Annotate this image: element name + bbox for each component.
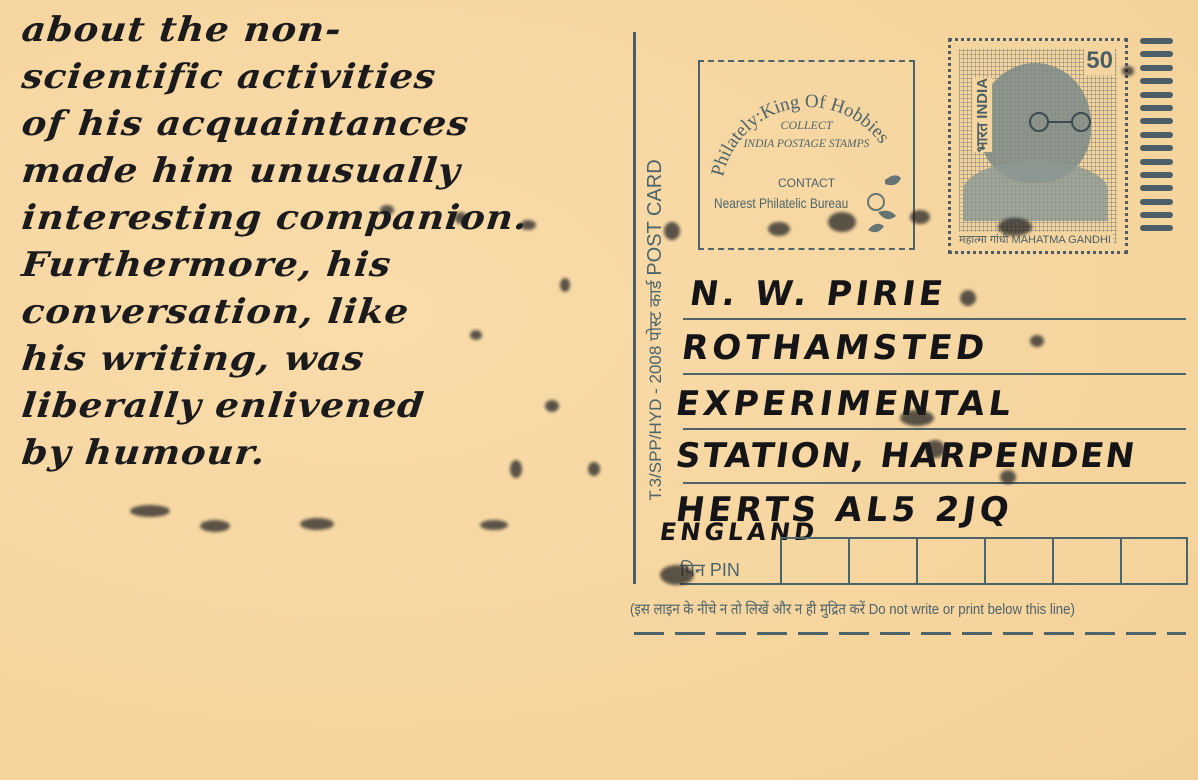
ink-blot — [1030, 335, 1044, 347]
ink-blot — [1000, 470, 1016, 484]
ink-blot — [520, 220, 536, 230]
message-line: liberally enlivened — [20, 384, 635, 427]
ink-blot — [510, 460, 522, 478]
philately-box: Philately:King Of Hobbies COLLECT INDIA … — [698, 60, 915, 250]
gandhi-shawl-shape — [963, 161, 1108, 221]
address-rule — [683, 482, 1186, 484]
center-divider-line — [633, 32, 636, 584]
spectacles-icon — [1021, 111, 1111, 133]
message-line: made him unusually — [20, 149, 635, 192]
message-line: by humour. — [20, 431, 635, 474]
pin-box — [984, 537, 1054, 585]
ink-blot — [828, 212, 856, 232]
contact-text: CONTACT — [700, 176, 913, 190]
franking-bars — [1140, 38, 1174, 239]
imprint-code: T.3/SPP/HYD - 2008 — [646, 346, 665, 501]
post-card-label: POST CARD — [644, 159, 666, 275]
dashed-line — [634, 632, 1186, 635]
ink-blot — [588, 462, 600, 476]
india-postage-text: INDIA POSTAGE STAMPS — [700, 138, 913, 150]
collect-text: COLLECT — [700, 118, 913, 133]
ink-blot — [480, 520, 508, 530]
ink-blot — [768, 222, 790, 236]
ink-blot — [664, 222, 680, 240]
address-rule — [683, 428, 1186, 430]
ink-blot — [200, 520, 230, 532]
address-line: ROTHAMSTED — [679, 328, 991, 368]
footer-note: (इस लाइन के नीचे न तो लिखें और न ही मुद्… — [630, 599, 1075, 619]
pin-box — [1052, 537, 1122, 585]
message-line: scientific activities — [20, 55, 635, 98]
ink-blot — [900, 410, 934, 426]
philately-arc-text: Philately:King Of Hobbies — [700, 62, 913, 248]
ink-blot — [470, 330, 482, 340]
stamp-caption: महात्मा गांधी MAHATMA GANDHI — [957, 232, 1113, 247]
ink-blot — [1122, 66, 1134, 76]
ink-blot — [998, 218, 1032, 236]
handwritten-message: about the non- scientific activities of … — [22, 6, 632, 476]
message-line: interesting companion. — [20, 196, 635, 239]
pin-box — [1120, 537, 1188, 585]
postcard: about the non- scientific activities of … — [0, 0, 1198, 780]
address-rule — [683, 318, 1186, 320]
message-line: his writing, was — [20, 337, 635, 380]
pin-underline — [680, 583, 780, 585]
address-rule — [683, 373, 1186, 375]
ink-blot — [960, 290, 976, 306]
ink-blot — [380, 205, 394, 215]
pin-box — [848, 537, 918, 585]
stamp-country: भारत INDIA — [972, 78, 992, 152]
ink-blot — [910, 210, 930, 224]
imprint-hindi: पोस्ट कार्ड — [646, 280, 665, 341]
ink-blot — [300, 518, 334, 530]
svg-text:Philately:King Of Hobbies: Philately:King Of Hobbies — [707, 91, 893, 178]
vertical-imprint: T.3/SPP/HYD - 2008 पोस्ट कार्ड POST CARD — [640, 95, 670, 565]
message-line: about the non- — [20, 8, 635, 51]
ink-blot — [130, 505, 170, 517]
address-line: N. W. PIRIE — [687, 274, 949, 314]
ink-blot — [545, 400, 559, 412]
message-line: conversation, like — [20, 290, 635, 333]
ink-blot — [560, 278, 570, 292]
address-line: EXPERIMENTAL — [673, 384, 1017, 424]
pin-box — [780, 537, 850, 585]
message-line: of his acquaintances — [20, 102, 635, 145]
bureau-text: Nearest Philatelic Bureau — [714, 195, 848, 211]
message-line: Furthermore, his — [20, 243, 635, 286]
address-line: STATION, HARPENDEN — [673, 436, 1139, 476]
ink-blot — [660, 565, 694, 585]
ink-blot — [455, 212, 467, 224]
ink-blot — [925, 440, 945, 458]
pin-box — [916, 537, 986, 585]
stamp-value: 50 — [1084, 47, 1115, 75]
postage-stamp: 50 भारत INDIA महात्मा गांधी MAHATMA GAND… — [948, 38, 1128, 254]
